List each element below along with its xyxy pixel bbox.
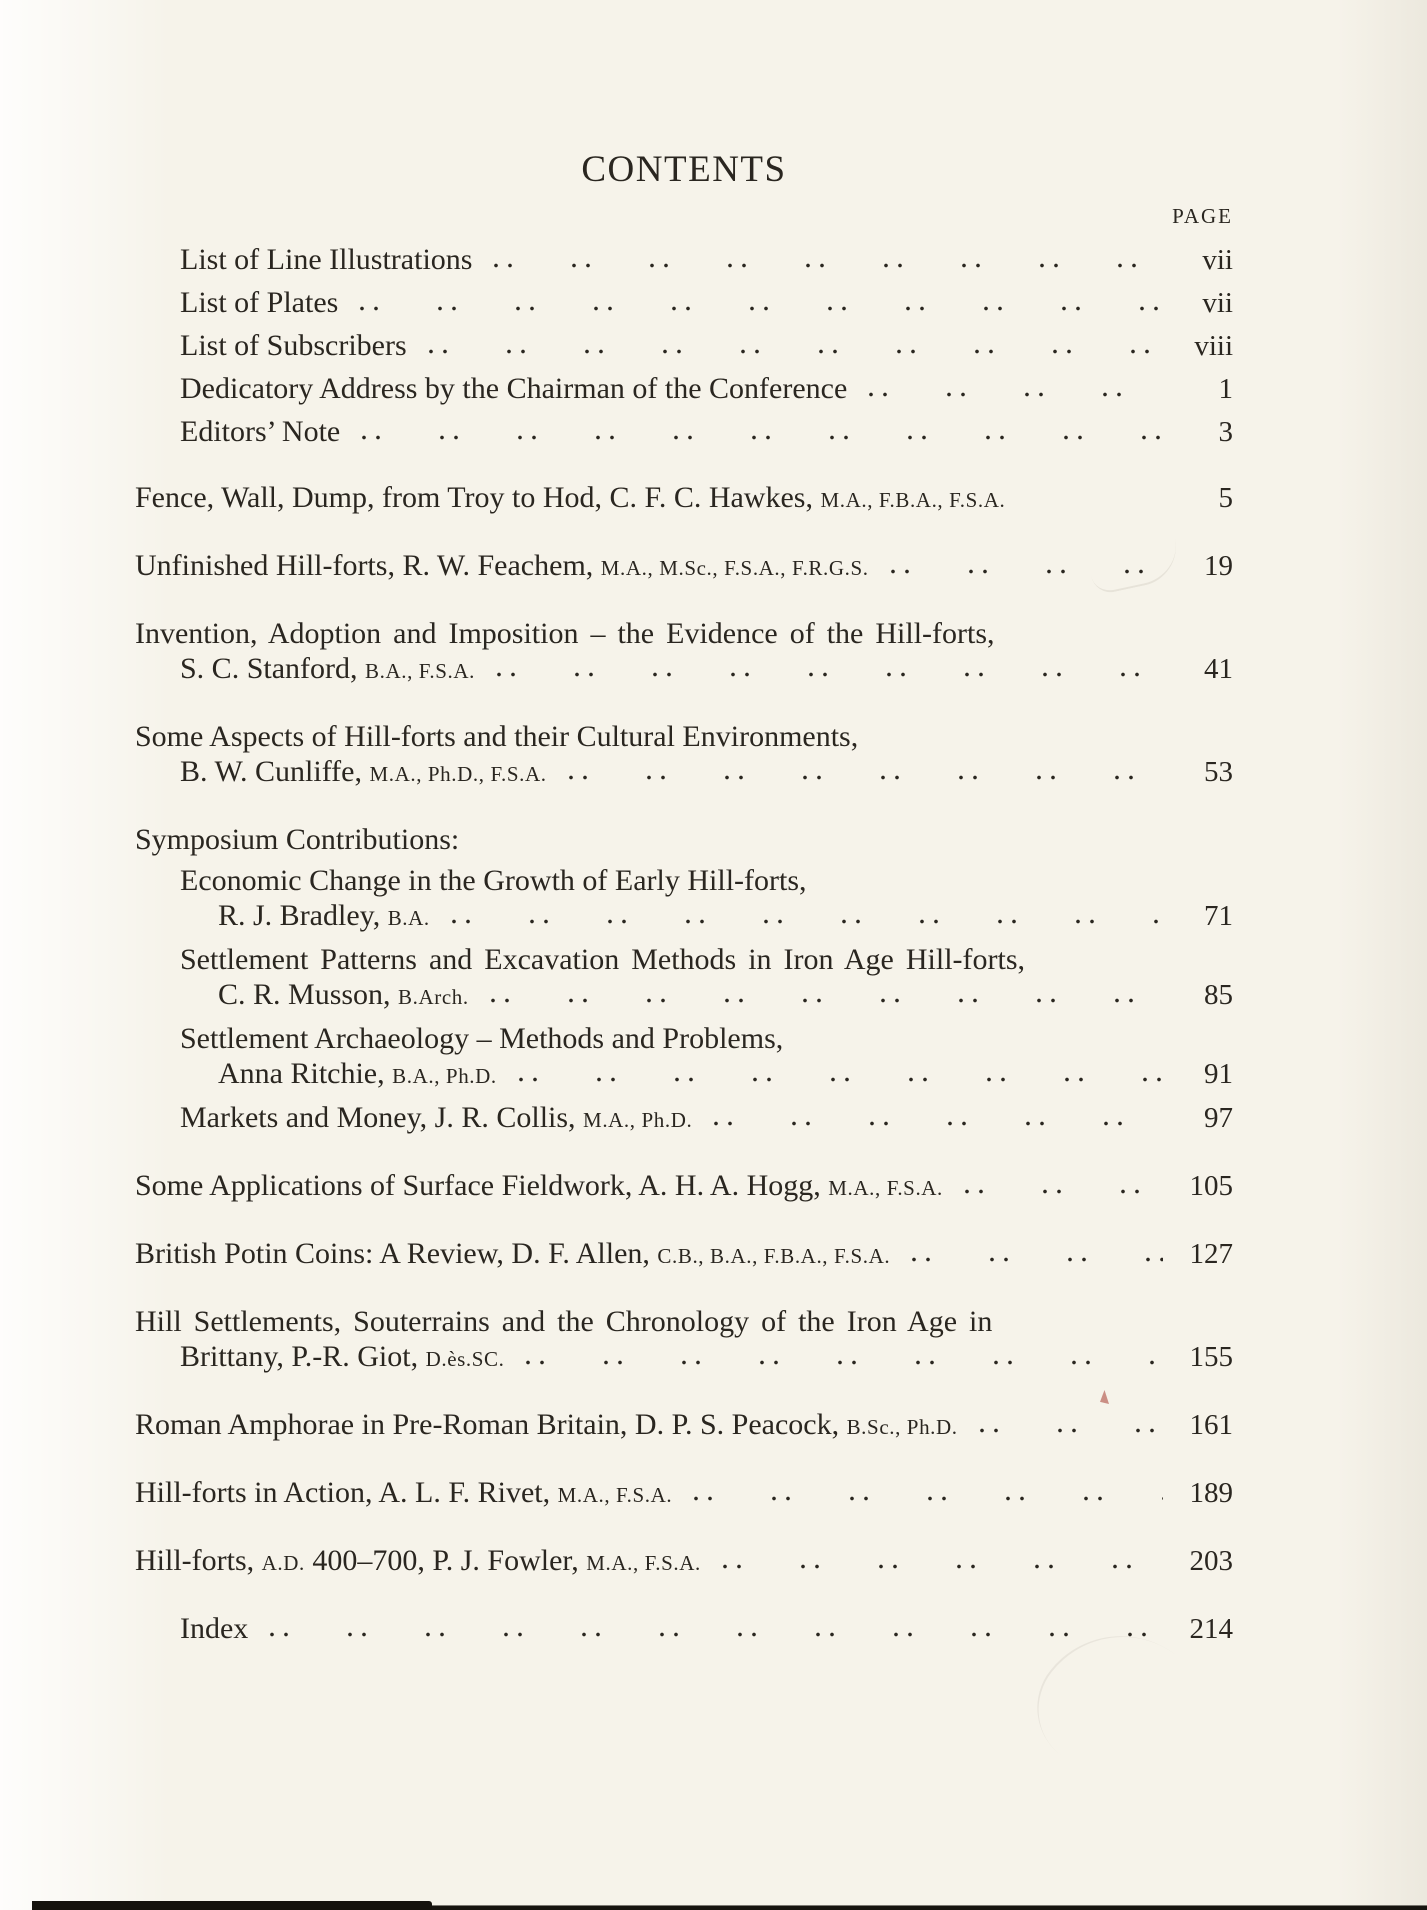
dot-leader — [522, 1359, 1163, 1366]
toc-line: C. R. Musson, B.Arch.85 — [135, 977, 1233, 1015]
entry-text: Brittany, P.-R. Giot, D.ès.SC. — [180, 1339, 504, 1377]
contents-block: CONTENTS PAGE List of Line Illustrations… — [135, 150, 1233, 1647]
dot-leader — [865, 391, 1163, 398]
entry-title-text: Settlement Archaeology – Methods and Pro… — [180, 1022, 783, 1055]
toc-entry: Hill-forts, A.D. 400–700, P. J. Fowler, … — [135, 1543, 1233, 1581]
entry-text: Roman Amphorae in Pre-Roman Britain, D. … — [135, 1407, 958, 1445]
page-title: CONTENTS — [135, 150, 1233, 190]
toc-line: Roman Amphorae in Pre-Roman Britain, D. … — [135, 1407, 1233, 1445]
toc-line: Invention, Adoption and Imposition – the… — [135, 616, 1233, 651]
entry-title-text: Invention, Adoption and Imposition – the… — [135, 617, 995, 650]
entry-text: Anna Ritchie, B.A., Ph.D. — [218, 1056, 497, 1094]
page-column-label: PAGE — [135, 204, 1233, 228]
dot-leader — [356, 305, 1163, 312]
entry-text: List of Line Illustrations — [180, 242, 472, 277]
toc-entry: Fence, Wall, Dump, from Troy to Hod, C. … — [135, 480, 1233, 518]
toc-entry: Index214 — [135, 1611, 1233, 1647]
dot-leader — [719, 1563, 1163, 1570]
entry-text: Editors’ Note — [180, 414, 340, 449]
page-number: 5 — [1169, 481, 1233, 516]
page-number: 214 — [1169, 1612, 1233, 1647]
entry-title-text: Brittany, P.-R. Giot, — [180, 1340, 426, 1373]
entry-text: Hill-forts, A.D. 400–700, P. J. Fowler, … — [135, 1543, 701, 1581]
entry-title-text: S. C. Stanford, — [180, 652, 365, 685]
qualifications-smallcaps: C.B., B.A., F.B.A., F.S.A. — [657, 1244, 890, 1268]
toc-entry: Markets and Money, J. R. Collis, M.A., P… — [135, 1100, 1233, 1138]
toc-entry: Roman Amphorae in Pre-Roman Britain, D. … — [135, 1407, 1233, 1445]
dot-leader — [425, 348, 1163, 355]
entry-text: British Potin Coins: A Review, D. F. All… — [135, 1236, 890, 1274]
entry-title-text: Economic Change in the Growth of Early H… — [180, 864, 807, 897]
entry-title-text: Index — [180, 1612, 248, 1645]
toc-list: List of Line IllustrationsviiList of Pla… — [135, 242, 1233, 1647]
toc-entry: List of Subscribersviii — [135, 328, 1233, 364]
toc-line: Dedicatory Address by the Chairman of th… — [135, 371, 1233, 407]
toc-line: Some Aspects of Hill-forts and their Cul… — [135, 719, 1233, 754]
toc-line: Symposium Contributions: — [135, 822, 1233, 857]
entry-title-text: Fence, Wall, Dump, from Troy to Hod, C. … — [135, 481, 820, 514]
scan-bottom-edge-thick — [32, 1901, 432, 1910]
toc-entry: Hill Settlements, Souterrains and the Ch… — [135, 1304, 1233, 1377]
toc-entry: Settlement Patterns and Excavation Metho… — [135, 942, 1233, 1015]
page-number: 85 — [1169, 978, 1233, 1013]
qualifications-smallcaps: A.D. — [262, 1551, 305, 1575]
entry-title-text: B. W. Cunliffe, — [180, 755, 369, 788]
toc-line: Economic Change in the Growth of Early H… — [135, 863, 1233, 898]
dot-leader — [976, 1427, 1163, 1434]
page-number: 41 — [1169, 652, 1233, 687]
entry-title-text: Hill-forts in Action, A. L. F. Rivet, — [135, 1476, 558, 1509]
entry-text: List of Plates — [180, 285, 338, 320]
qualifications-smallcaps: M.A., Ph.D., F.S.A. — [369, 762, 546, 786]
leader-space — [1023, 500, 1163, 507]
page-number: 1 — [1169, 372, 1233, 407]
dot-leader — [565, 774, 1163, 781]
entry-title-text: Hill-forts, — [135, 1544, 262, 1577]
entry-title-text: List of Line Illustrations — [180, 243, 472, 276]
dot-leader — [710, 1120, 1163, 1127]
qualifications-smallcaps: B.A., Ph.D. — [392, 1064, 497, 1088]
toc-line: Hill Settlements, Souterrains and the Ch… — [135, 1304, 1233, 1339]
entry-text: Symposium Contributions: — [135, 822, 459, 857]
toc-line: List of Platesvii — [135, 285, 1233, 321]
entry-text: C. R. Musson, B.Arch. — [218, 977, 469, 1015]
dot-leader — [266, 1631, 1163, 1638]
page-number: vii — [1169, 243, 1233, 278]
entry-title-text: Unfinished Hill-forts, R. W. Feachem, — [135, 549, 601, 582]
toc-entry: Economic Change in the Growth of Early H… — [135, 863, 1233, 936]
toc-line: Editors’ Note3 — [135, 414, 1233, 450]
entry-text: Fence, Wall, Dump, from Troy to Hod, C. … — [135, 480, 1005, 518]
qualifications-smallcaps: M.A., M.Sc., F.S.A., F.R.G.S. — [601, 556, 869, 580]
dot-leader — [515, 1076, 1163, 1083]
toc-entry: Dedicatory Address by the Chairman of th… — [135, 371, 1233, 407]
page-number: 203 — [1169, 1544, 1233, 1579]
toc-line: Settlement Patterns and Excavation Metho… — [135, 942, 1233, 977]
qualifications-smallcaps: M.A., F.S.A. — [586, 1551, 701, 1575]
toc-entry: Invention, Adoption and Imposition – the… — [135, 616, 1233, 689]
dot-leader — [490, 262, 1163, 269]
entry-text: Markets and Money, J. R. Collis, M.A., P… — [180, 1100, 692, 1138]
qualifications-smallcaps: B.Sc., Ph.D. — [847, 1415, 958, 1439]
toc-entry: Settlement Archaeology – Methods and Pro… — [135, 1021, 1233, 1094]
entry-text: List of Subscribers — [180, 328, 407, 363]
entry-title-text: 400–700, P. J. Fowler, — [305, 1544, 586, 1577]
entry-title-text: Hill Settlements, Souterrains and the Ch… — [135, 1305, 992, 1338]
dot-leader — [690, 1495, 1163, 1502]
qualifications-smallcaps: B.Arch. — [398, 985, 469, 1009]
toc-entry: Unfinished Hill-forts, R. W. Feachem, M.… — [135, 548, 1233, 586]
entry-title-text: Settlement Patterns and Excavation Metho… — [180, 943, 1025, 976]
page-number: 155 — [1169, 1340, 1233, 1375]
entry-text: Unfinished Hill-forts, R. W. Feachem, M.… — [135, 548, 869, 586]
entry-title-text: List of Plates — [180, 286, 338, 319]
toc-line: B. W. Cunliffe, M.A., Ph.D., F.S.A.53 — [135, 754, 1233, 792]
toc-line: Hill-forts, A.D. 400–700, P. J. Fowler, … — [135, 1543, 1233, 1581]
dot-leader — [908, 1256, 1163, 1263]
page-number: 91 — [1169, 1057, 1233, 1092]
qualifications-smallcaps: B.A. — [388, 906, 430, 930]
page-number: 53 — [1169, 755, 1233, 790]
entry-title-text: List of Subscribers — [180, 329, 407, 362]
toc-line: Fence, Wall, Dump, from Troy to Hod, C. … — [135, 480, 1233, 518]
entry-title-text: Symposium Contributions: — [135, 823, 459, 856]
toc-line: Hill-forts in Action, A. L. F. Rivet, M.… — [135, 1475, 1233, 1513]
entry-text: Index — [180, 1611, 248, 1646]
entry-text: Hill-forts in Action, A. L. F. Rivet, M.… — [135, 1475, 672, 1513]
entry-text: Settlement Archaeology – Methods and Pro… — [180, 1021, 783, 1056]
entry-text: Hill Settlements, Souterrains and the Ch… — [135, 1305, 992, 1338]
toc-entry: Symposium Contributions: — [135, 822, 1233, 857]
entry-title-text: C. R. Musson, — [218, 978, 398, 1011]
entry-title-text: British Potin Coins: A Review, D. F. All… — [135, 1237, 657, 1270]
dot-leader — [358, 434, 1163, 441]
dot-leader — [493, 671, 1163, 678]
toc-line: British Potin Coins: A Review, D. F. All… — [135, 1236, 1233, 1274]
qualifications-smallcaps: D.ès.SC. — [426, 1347, 505, 1371]
entry-text: Settlement Patterns and Excavation Metho… — [180, 943, 1025, 976]
toc-line: Brittany, P.-R. Giot, D.ès.SC.155 — [135, 1339, 1233, 1377]
dot-leader — [448, 918, 1163, 925]
entry-text: Economic Change in the Growth of Early H… — [180, 863, 807, 898]
entry-text: R. J. Bradley, B.A. — [218, 898, 430, 936]
qualifications-smallcaps: M.A., F.S.A. — [828, 1176, 943, 1200]
entry-title-text: Some Aspects of Hill-forts and their Cul… — [135, 720, 858, 753]
toc-line: Index214 — [135, 1611, 1233, 1647]
page-number: 161 — [1169, 1408, 1233, 1443]
entry-text: S. C. Stanford, B.A., F.S.A. — [180, 651, 475, 689]
page-number: vii — [1169, 286, 1233, 321]
qualifications-smallcaps: M.A., Ph.D. — [583, 1108, 692, 1132]
toc-entry: Hill-forts in Action, A. L. F. Rivet, M.… — [135, 1475, 1233, 1513]
entry-text: B. W. Cunliffe, M.A., Ph.D., F.S.A. — [180, 754, 547, 792]
entry-title-text: Anna Ritchie, — [218, 1057, 392, 1090]
toc-entry: List of Line Illustrationsvii — [135, 242, 1233, 278]
toc-entry: Some Applications of Surface Fieldwork, … — [135, 1168, 1233, 1206]
entry-title-text: Markets and Money, J. R. Collis, — [180, 1101, 583, 1134]
toc-line: R. J. Bradley, B.A.71 — [135, 898, 1233, 936]
entry-title-text: Dedicatory Address by the Chairman of th… — [180, 372, 847, 405]
toc-line: Markets and Money, J. R. Collis, M.A., P… — [135, 1100, 1233, 1138]
qualifications-smallcaps: M.A., F.S.A. — [558, 1483, 673, 1507]
toc-line: Anna Ritchie, B.A., Ph.D.91 — [135, 1056, 1233, 1094]
entry-text: Some Aspects of Hill-forts and their Cul… — [135, 719, 858, 754]
page-number: 97 — [1169, 1101, 1233, 1136]
entry-title-text: R. J. Bradley, — [218, 899, 388, 932]
page-number: 3 — [1169, 415, 1233, 450]
dot-leader — [487, 997, 1163, 1004]
toc-entry: British Potin Coins: A Review, D. F. All… — [135, 1236, 1233, 1274]
toc-line: Unfinished Hill-forts, R. W. Feachem, M.… — [135, 548, 1233, 586]
page-number: 19 — [1169, 549, 1233, 584]
toc-line: Settlement Archaeology – Methods and Pro… — [135, 1021, 1233, 1056]
page-number: 189 — [1169, 1476, 1233, 1511]
toc-line: List of Line Illustrationsvii — [135, 242, 1233, 278]
entry-title-text: Some Applications of Surface Fieldwork, … — [135, 1169, 828, 1202]
entry-title-text: Editors’ Note — [180, 415, 340, 448]
page-number: 127 — [1169, 1237, 1233, 1272]
page-number: 71 — [1169, 899, 1233, 934]
entry-text: Some Applications of Surface Fieldwork, … — [135, 1168, 943, 1206]
toc-line: Some Applications of Surface Fieldwork, … — [135, 1168, 1233, 1206]
dot-leader — [961, 1188, 1163, 1195]
page-number: 105 — [1169, 1169, 1233, 1204]
book-page: CONTENTS PAGE List of Line Illustrations… — [0, 0, 1427, 1910]
entry-text: Dedicatory Address by the Chairman of th… — [180, 371, 847, 406]
toc-entry: Editors’ Note3 — [135, 414, 1233, 450]
toc-line: List of Subscribersviii — [135, 328, 1233, 364]
toc-line: S. C. Stanford, B.A., F.S.A.41 — [135, 651, 1233, 689]
qualifications-smallcaps: M.A., F.B.A., F.S.A. — [820, 488, 1005, 512]
toc-entry: List of Platesvii — [135, 285, 1233, 321]
toc-entry: Some Aspects of Hill-forts and their Cul… — [135, 719, 1233, 792]
qualifications-smallcaps: B.A., F.S.A. — [365, 659, 475, 683]
entry-title-text: Roman Amphorae in Pre-Roman Britain, D. … — [135, 1408, 847, 1441]
entry-text: Invention, Adoption and Imposition – the… — [135, 617, 995, 650]
page-number: viii — [1169, 329, 1233, 364]
